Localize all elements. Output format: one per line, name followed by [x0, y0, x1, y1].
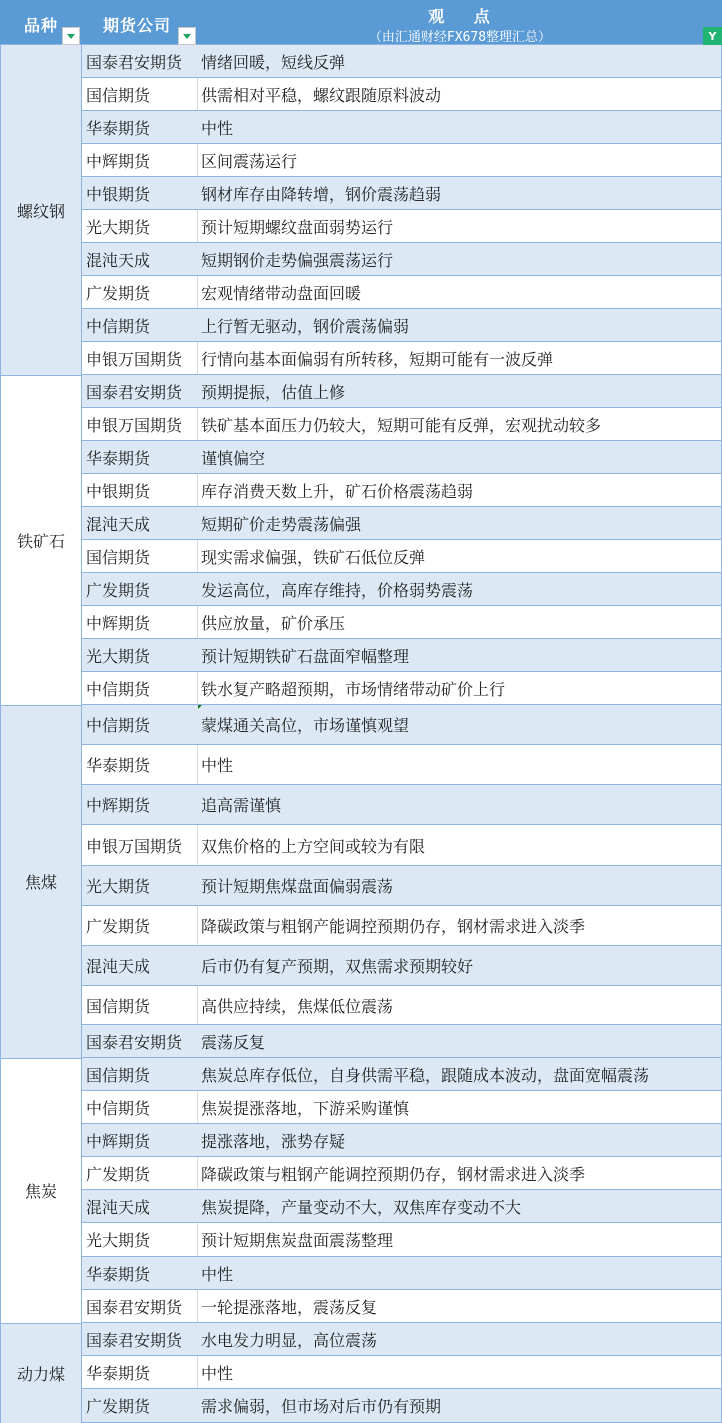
view-cell[interactable]: 提涨落地，涨势存疑	[198, 1124, 722, 1156]
company-cell[interactable]: 广发期货	[82, 1389, 198, 1422]
company-cell[interactable]: 光大期货	[82, 639, 198, 671]
group-divider	[0, 705, 82, 706]
table-row[interactable]: 中辉期货供应放量，矿价承压	[82, 606, 722, 639]
group-rows: 国信期货焦炭总库存低位，自身供需平稳，跟随成本波动，盘面宽幅震荡中信期货焦炭提涨…	[82, 1058, 722, 1323]
company-cell[interactable]: 华泰期货	[82, 441, 198, 473]
table-row[interactable]: 广发期货降碳政策与粗钢产能调控预期仍存，钢材需求进入淡季	[82, 1157, 722, 1190]
view-cell[interactable]: 中性	[198, 745, 722, 784]
table-row[interactable]: 国信期货高供应持续，焦煤低位震荡	[82, 986, 722, 1025]
view-cell[interactable]: 焦炭提降，产量变动不大，双焦库存变动不大	[198, 1190, 722, 1222]
company-cell[interactable]: 国信期货	[82, 986, 198, 1024]
table-row[interactable]: 华泰期货中性	[82, 745, 722, 785]
table-row[interactable]: 光大期货预计短期焦炭盘面震荡整理	[82, 1223, 722, 1257]
company-cell[interactable]: 广发期货	[82, 906, 198, 945]
table-header: 品种 期货公司 观 点 （由汇通财经FX678整理汇总） Y	[0, 0, 722, 45]
company-cell[interactable]: 广发期货	[82, 1157, 198, 1189]
company-cell[interactable]: 中辉期货	[82, 606, 198, 638]
view-cell[interactable]: 上行暂无驱动，钢价震荡偏弱	[198, 309, 722, 341]
view-cell[interactable]: 中性	[198, 111, 722, 143]
table-row[interactable]: 广发期货发运高位，高库存维持，价格弱势震荡	[82, 573, 722, 606]
view-cell[interactable]: 短期矿价走势震荡偏强	[198, 507, 722, 539]
company-cell[interactable]: 中信期货	[82, 1091, 198, 1123]
table-row[interactable]: 国信期货现实需求偏强，铁矿石低位反弹	[82, 540, 722, 573]
header-view-title: 观 点	[198, 4, 722, 27]
company-cell[interactable]: 国信期货	[82, 78, 198, 110]
table-row[interactable]: 广发期货需求偏弱，但市场对后市仍有预期	[82, 1389, 722, 1423]
table-row[interactable]: 中银期货库存消费天数上升，矿石价格震荡趋弱	[82, 474, 722, 507]
view-cell[interactable]: 短期钢价走势偏强震荡运行	[198, 243, 722, 275]
header-variety-label: 品种	[24, 13, 58, 36]
header-company: 期货公司	[82, 0, 198, 45]
company-cell[interactable]: 申银万国期货	[82, 408, 198, 440]
view-cell[interactable]: 库存消费天数上升，矿石价格震荡趋弱	[198, 474, 722, 506]
company-cell[interactable]: 混沌天成	[82, 1190, 198, 1222]
variety-cell: 焦煤	[0, 705, 82, 1058]
variety-cell: 动力煤	[0, 1323, 82, 1423]
company-cell[interactable]: 光大期货	[82, 1223, 198, 1256]
variety-cell: 铁矿石	[0, 375, 82, 705]
view-cell[interactable]: 水电发力明显，高位震荡	[198, 1323, 722, 1355]
view-cell[interactable]: 预计短期螺纹盘面弱势运行	[198, 210, 722, 242]
company-cell[interactable]: 国信期货	[82, 1058, 198, 1090]
view-cell[interactable]: 预计短期焦煤盘面偏弱震荡	[198, 866, 722, 905]
company-cell[interactable]: 申银万国期货	[82, 342, 198, 374]
variety-cell: 焦炭	[0, 1058, 82, 1323]
view-filter-button[interactable]: Y	[703, 27, 722, 45]
company-cell[interactable]: 国泰君安期货	[82, 375, 198, 407]
view-cell[interactable]: 中性	[198, 1257, 722, 1289]
view-cell[interactable]: 宏观情绪带动盘面回暖	[198, 276, 722, 308]
view-cell[interactable]: 供需相对平稳，螺纹跟随原料波动	[198, 78, 722, 110]
company-cell[interactable]: 国信期货	[82, 540, 198, 572]
view-cell[interactable]: 追高需谨慎	[198, 785, 722, 824]
company-cell[interactable]: 国泰君安期货	[82, 1025, 198, 1057]
view-cell[interactable]: 预计短期焦炭盘面震荡整理	[198, 1223, 722, 1256]
company-cell[interactable]: 广发期货	[82, 573, 198, 605]
table-row[interactable]: 国泰君安期货预期提振，估值上修	[82, 375, 722, 408]
table-row[interactable]: 中信期货铁水复产略超预期，市场情绪带动矿价上行	[82, 672, 722, 705]
view-cell[interactable]: 发运高位，高库存维持，价格弱势震荡	[198, 573, 722, 605]
header-view: 观 点 （由汇通财经FX678整理汇总） Y	[198, 0, 722, 45]
table-row[interactable]: 国泰君安期货震荡反复	[82, 1025, 722, 1058]
view-cell[interactable]: 铁水复产略超预期，市场情绪带动矿价上行	[198, 672, 722, 704]
company-cell[interactable]: 国泰君安期货	[82, 45, 198, 77]
filter-icon: Y	[709, 30, 717, 43]
view-cell[interactable]: 铁矿基本面压力仍较大，短期可能有反弹，宏观扰动较多	[198, 408, 722, 440]
company-cell[interactable]: 广发期货	[82, 276, 198, 308]
group-coking-coal: 焦煤 中信期货蒙煤通关高位，市场谨慎观望华泰期货中性中辉期货追高需谨慎申银万国期…	[0, 705, 722, 1058]
table-row[interactable]: 光大期货预计短期螺纹盘面弱势运行	[82, 210, 722, 243]
company-cell[interactable]: 华泰期货	[82, 1356, 198, 1388]
view-cell[interactable]: 谨慎偏空	[198, 441, 722, 473]
group-divider	[0, 375, 82, 376]
header-company-label: 期货公司	[103, 13, 171, 36]
company-cell[interactable]: 中信期货	[82, 309, 198, 341]
company-cell[interactable]: 申银万国期货	[82, 825, 198, 865]
view-cell[interactable]: 降碳政策与粗钢产能调控预期仍存，钢材需求进入淡季	[198, 1157, 722, 1189]
group-rows: 国泰君安期货情绪回暖，短线反弹国信期货供需相对平稳，螺纹跟随原料波动华泰期货中性…	[82, 45, 722, 375]
company-cell[interactable]: 国泰君安期货	[82, 1323, 198, 1355]
view-cell[interactable]: 中性	[198, 1356, 722, 1388]
company-cell[interactable]: 华泰期货	[82, 111, 198, 143]
company-cell[interactable]: 华泰期货	[82, 1257, 198, 1289]
view-cell[interactable]: 需求偏弱，但市场对后市仍有预期	[198, 1389, 722, 1422]
view-cell[interactable]: 钢材库存由降转增，钢价震荡趋弱	[198, 177, 722, 209]
group-rows: 中信期货蒙煤通关高位，市场谨慎观望华泰期货中性中辉期货追高需谨慎申银万国期货双焦…	[82, 705, 722, 1058]
table-row[interactable]: 混沌天成短期矿价走势震荡偏强	[82, 507, 722, 540]
company-cell[interactable]: 光大期货	[82, 210, 198, 242]
table-row[interactable]: 国泰君安期货水电发力明显，高位震荡	[82, 1323, 722, 1356]
view-cell[interactable]: 现实需求偏强，铁矿石低位反弹	[198, 540, 722, 572]
group-thermal-coal: 动力煤 国泰君安期货水电发力明显，高位震荡华泰期货中性广发期货需求偏弱，但市场对…	[0, 1323, 722, 1423]
variety-cell: 螺纹钢	[0, 45, 82, 375]
table-row[interactable]: 华泰期货中性	[82, 1257, 722, 1290]
table-row[interactable]: 中信期货焦炭提涨落地，下游采购谨慎	[82, 1091, 722, 1124]
header-variety: 品种	[0, 0, 82, 45]
company-cell[interactable]: 中辉期货	[82, 144, 198, 176]
table-row[interactable]: 广发期货宏观情绪带动盘面回暖	[82, 276, 722, 309]
table-row[interactable]: 申银万国期货铁矿基本面压力仍较大，短期可能有反弹，宏观扰动较多	[82, 408, 722, 441]
table-row[interactable]: 混沌天成焦炭提降，产量变动不大，双焦库存变动不大	[82, 1190, 722, 1223]
table-row[interactable]: 国信期货焦炭总库存低位，自身供需平稳，跟随成本波动，盘面宽幅震荡	[82, 1058, 722, 1091]
view-cell[interactable]: 预计短期铁矿石盘面窄幅整理	[198, 639, 722, 671]
view-cell[interactable]: 一轮提涨落地，震荡反复	[198, 1290, 722, 1322]
header-view-subtitle: （由汇通财经FX678整理汇总）	[198, 26, 722, 45]
table-row[interactable]: 华泰期货谨慎偏空	[82, 441, 722, 474]
group-divider	[0, 1058, 82, 1059]
table-row[interactable]: 中信期货上行暂无驱动，钢价震荡偏弱	[82, 309, 722, 342]
view-cell[interactable]: 情绪回暖，短线反弹	[198, 45, 722, 77]
table-row[interactable]: 申银万国期货行情向基本面偏弱有所转移，短期可能有一波反弹	[82, 342, 722, 375]
table-row[interactable]: 中信期货蒙煤通关高位，市场谨慎观望	[82, 705, 722, 745]
company-cell[interactable]: 中辉期货	[82, 1124, 198, 1156]
view-cell[interactable]: 行情向基本面偏弱有所转移，短期可能有一波反弹	[198, 342, 722, 374]
table-row[interactable]: 光大期货预计短期焦煤盘面偏弱震荡	[82, 866, 722, 906]
table-row[interactable]: 混沌天成后市仍有复产预期，双焦需求预期较好	[82, 946, 722, 986]
group-rebar: 螺纹钢 国泰君安期货情绪回暖，短线反弹国信期货供需相对平稳，螺纹跟随原料波动华泰…	[0, 45, 722, 375]
view-cell[interactable]: 焦炭总库存低位，自身供需平稳，跟随成本波动，盘面宽幅震荡	[198, 1058, 722, 1090]
group-rows: 国泰君安期货水电发力明显，高位震荡华泰期货中性广发期货需求偏弱，但市场对后市仍有…	[82, 1323, 722, 1423]
group-rows: 国泰君安期货预期提振，估值上修申银万国期货铁矿基本面压力仍较大，短期可能有反弹，…	[82, 375, 722, 705]
view-cell[interactable]: 降碳政策与粗钢产能调控预期仍存，钢材需求进入淡季	[198, 906, 722, 945]
view-cell[interactable]: 焦炭提涨落地，下游采购谨慎	[198, 1091, 722, 1123]
table-row[interactable]: 国泰君安期货一轮提涨落地，震荡反复	[82, 1290, 722, 1323]
table-row[interactable]: 华泰期货中性	[82, 1356, 722, 1389]
view-cell[interactable]: 蒙煤通关高位，市场谨慎观望	[198, 705, 722, 744]
view-cell[interactable]: 双焦价格的上方空间或较为有限	[198, 825, 722, 865]
table-row[interactable]: 光大期货预计短期铁矿石盘面窄幅整理	[82, 639, 722, 672]
view-cell[interactable]: 震荡反复	[198, 1025, 722, 1057]
table-row[interactable]: 中辉期货提涨落地，涨势存疑	[82, 1124, 722, 1157]
company-cell[interactable]: 华泰期货	[82, 745, 198, 784]
table-row[interactable]: 中辉期货区间震荡运行	[82, 144, 722, 177]
view-cell[interactable]: 预期提振，估值上修	[198, 375, 722, 407]
variety-filter-dropdown[interactable]	[62, 27, 80, 45]
table-row[interactable]: 华泰期货中性	[82, 111, 722, 144]
table-row[interactable]: 国信期货供需相对平稳，螺纹跟随原料波动	[82, 78, 722, 111]
group-iron-ore: 铁矿石 国泰君安期货预期提振，估值上修申银万国期货铁矿基本面压力仍较大，短期可能…	[0, 375, 722, 705]
view-cell[interactable]: 高供应持续，焦煤低位震荡	[198, 986, 722, 1024]
company-cell[interactable]: 混沌天成	[82, 507, 198, 539]
table-row[interactable]: 国泰君安期货情绪回暖，短线反弹	[82, 45, 722, 78]
company-cell[interactable]: 国泰君安期货	[82, 1290, 198, 1322]
table-row[interactable]: 广发期货降碳政策与粗钢产能调控预期仍存，钢材需求进入淡季	[82, 906, 722, 946]
company-cell[interactable]: 中银期货	[82, 177, 198, 209]
company-cell[interactable]: 中信期货	[82, 705, 198, 744]
company-filter-dropdown[interactable]	[178, 27, 196, 45]
chevron-down-icon	[183, 34, 191, 39]
table-row[interactable]: 申银万国期货双焦价格的上方空间或较为有限	[82, 825, 722, 866]
table-row[interactable]: 中辉期货追高需谨慎	[82, 785, 722, 825]
company-cell[interactable]: 中信期货	[82, 672, 198, 704]
chevron-down-icon	[67, 34, 75, 39]
group-coke: 焦炭 国信期货焦炭总库存低位，自身供需平稳，跟随成本波动，盘面宽幅震荡中信期货焦…	[0, 1058, 722, 1323]
company-cell[interactable]: 混沌天成	[82, 946, 198, 985]
company-cell[interactable]: 中银期货	[82, 474, 198, 506]
company-cell[interactable]: 中辉期货	[82, 785, 198, 824]
cell-comment-indicator	[198, 705, 202, 709]
table-row[interactable]: 混沌天成短期钢价走势偏强震荡运行	[82, 243, 722, 276]
view-cell[interactable]: 后市仍有复产预期，双焦需求预期较好	[198, 946, 722, 985]
table-row[interactable]: 中银期货钢材库存由降转增，钢价震荡趋弱	[82, 177, 722, 210]
group-divider	[0, 1323, 82, 1324]
company-cell[interactable]: 光大期货	[82, 866, 198, 905]
company-cell[interactable]: 混沌天成	[82, 243, 198, 275]
view-cell[interactable]: 供应放量，矿价承压	[198, 606, 722, 638]
view-cell[interactable]: 区间震荡运行	[198, 144, 722, 176]
